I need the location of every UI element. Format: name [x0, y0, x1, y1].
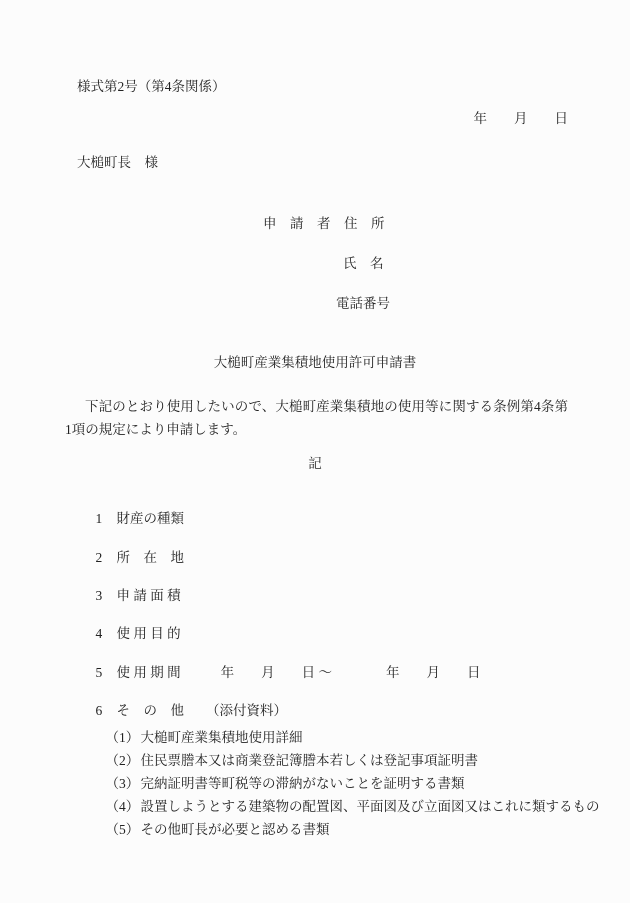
note-marker: 記	[0, 456, 630, 472]
attachment-text: その他町長が必要と認める書類	[141, 822, 330, 837]
item-number: 4	[96, 626, 117, 642]
body-paragraph: 下記のとおり使用したいので、大槌町産業集積地の使用等に関する条例第4条第1項の規…	[65, 395, 568, 441]
document-title: 大槌町産業集積地使用許可申請書	[0, 355, 630, 371]
addressee: 大槌町長 様	[77, 155, 158, 171]
applicant-name-label: 氏 名	[343, 256, 384, 272]
item-label: 財産の種類	[117, 511, 185, 526]
item-label: 使 用 目 的	[117, 626, 181, 641]
attachment-item: （5）その他町長が必要と認める書類	[92, 806, 330, 855]
item-label: 申 請 面 積	[117, 588, 181, 603]
applicant-phone-label: 電話番号	[336, 296, 390, 312]
item-value: 年 月 日 ～ 年 月 日	[221, 665, 481, 680]
item-number: 5	[96, 665, 117, 681]
attachment-number: （5）	[106, 822, 141, 838]
item-label: 使 用 期 間	[117, 665, 181, 680]
item-number: 3	[96, 588, 117, 604]
applicant-address-label: 申 請 者 住 所	[263, 216, 385, 232]
form-number: 様式第2号（第4条関係）	[77, 79, 226, 95]
date-line: 年 月 日	[474, 111, 569, 127]
item-label: 所 在 地	[117, 550, 185, 565]
item-number: 2	[96, 550, 117, 566]
item-number: 1	[96, 511, 117, 527]
application-form-page: 様式第2号（第4条関係） 年 月 日 大槌町長 様 申 請 者 住 所 氏 名 …	[0, 0, 630, 903]
